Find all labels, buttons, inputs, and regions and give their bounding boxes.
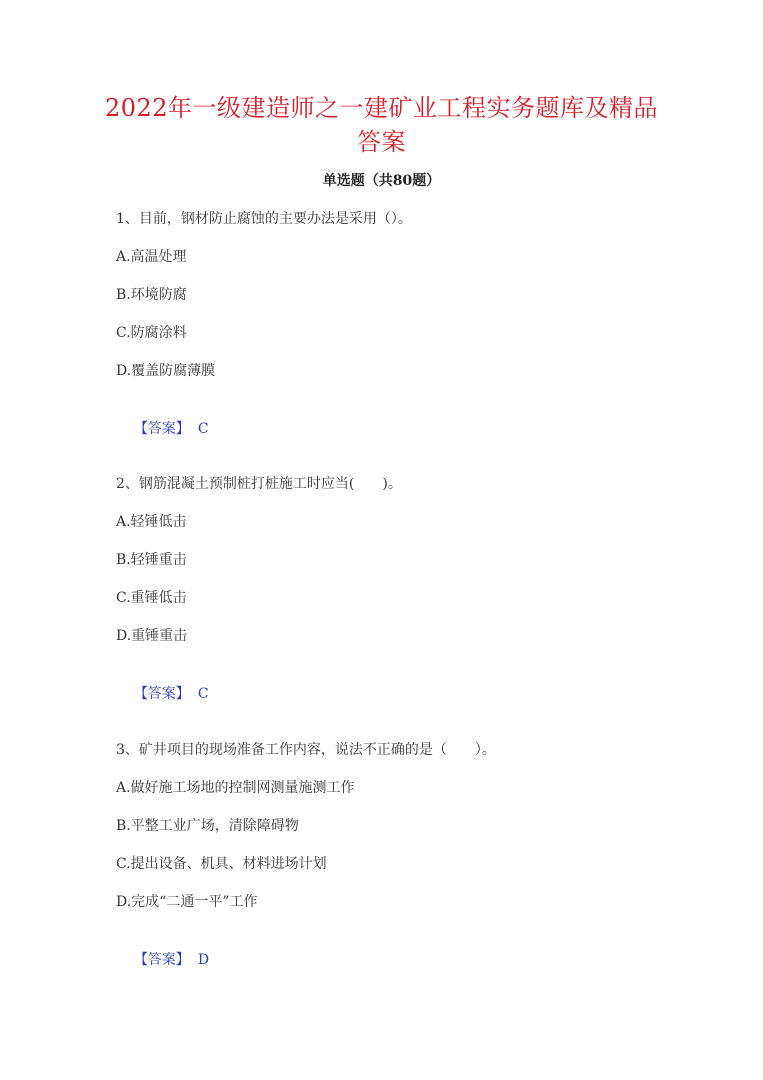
option-b: B.环境防腐 <box>116 285 187 305</box>
document-title-line1: 2022年一级建造师之一建矿业工程实务题库及精品 <box>90 91 673 125</box>
answer-value: C <box>198 421 209 437</box>
option-a: A.做好施工场地的控制网测量施测工作 <box>116 778 355 798</box>
document-page: 2022年一级建造师之一建矿业工程实务题库及精品 答案 单选题（共80题） 1、… <box>0 0 763 1080</box>
question-stem: 3、矿井项目的现场准备工作内容，说法不正确的是（ ）。 <box>116 740 496 760</box>
option-c: C.提出设备、机具、材料进场计划 <box>116 854 327 874</box>
option-d: D.重锤重击 <box>116 626 187 646</box>
option-d: D.完成“二通一平”工作 <box>116 892 258 912</box>
option-d: D.覆盖防腐薄膜 <box>116 361 215 381</box>
answer-value: C <box>198 686 209 702</box>
option-b: B.平整工业广场，清除障碍物 <box>116 816 299 836</box>
option-a: A.轻锤低击 <box>116 512 187 532</box>
answer-label: 【答案】 <box>134 952 190 968</box>
option-a: A.高温处理 <box>116 247 187 267</box>
answer-value: D <box>198 952 209 968</box>
document-title-line2: 答案 <box>90 125 673 159</box>
option-c: C.重锤低击 <box>116 588 187 608</box>
answer-line: 【答案】D <box>116 930 209 990</box>
option-c: C.防腐涂料 <box>116 323 187 343</box>
answer-label: 【答案】 <box>134 421 190 437</box>
question-stem: 1、目前，钢材防止腐蚀的主要办法是采用（）。 <box>116 209 412 229</box>
option-b: B.轻锤重击 <box>116 550 187 570</box>
section-heading: 单选题（共80题） <box>0 170 763 190</box>
answer-label: 【答案】 <box>134 686 190 702</box>
answer-line: 【答案】C <box>116 399 209 459</box>
question-stem: 2、钢筋混凝土预制桩打桩施工时应当( )。 <box>116 474 402 494</box>
answer-line: 【答案】C <box>116 664 209 724</box>
